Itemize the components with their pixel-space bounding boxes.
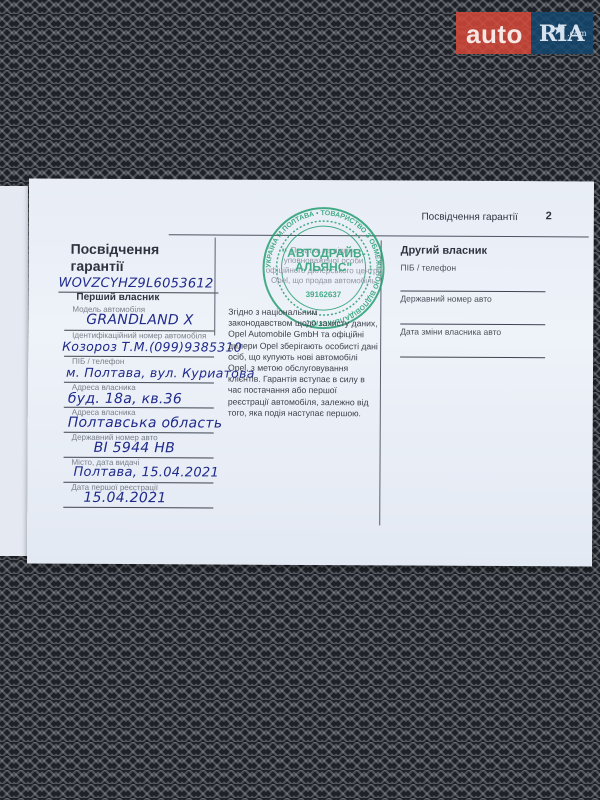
autoria-watermark: auto ★ RIA .com [456, 12, 593, 54]
title-line-2: гарантії [71, 258, 160, 275]
privacy-notice: Згідно з національним законодавством щод… [228, 307, 379, 420]
second-change-date-line [400, 356, 545, 358]
name-phone-value: Козороз Т.М.(099)9385310 [62, 339, 212, 355]
second-name-phone-label: ПІБ / телефон [401, 262, 457, 272]
running-head: Посвідчення гарантії [421, 212, 517, 224]
second-plate-label: Державний номер авто [400, 293, 491, 303]
first-owner-heading: Перший власник [76, 292, 226, 304]
title-line-1: Посвідчення [71, 241, 160, 258]
second-name-phone-line [400, 290, 545, 292]
second-owner-heading: Другий власник [401, 244, 488, 256]
address2-value: буд. 18а, кв.36 [68, 391, 218, 408]
page-number: 2 [546, 210, 552, 222]
warranty-booklet: Посвідчення гарантії 2 Посвідчення гаран… [27, 179, 594, 567]
second-plate-line [400, 323, 545, 325]
svg-text:39162637: 39162637 [306, 290, 342, 299]
underline [63, 507, 213, 509]
svg-text:АЛЬЯНС": АЛЬЯНС" [295, 260, 352, 274]
second-change-date-label: Дата зміни власника авто [400, 326, 501, 337]
plate-value: BI 5944 HB [94, 440, 244, 457]
watermark-ria: ★ RIA .com [531, 12, 593, 54]
region-value: Полтавська область [68, 415, 218, 432]
address1-value: м. Полтава, вул. Куриатова [66, 365, 216, 381]
watermark-suffix: .com [567, 12, 586, 56]
svg-text:"АВТОДРАЙВ-: "АВТОДРАЙВ- [281, 245, 365, 260]
issue-value: Полтава, 15.04.2021 [73, 465, 223, 481]
page-title: Посвідчення гарантії [71, 241, 160, 275]
star-icon: ★ [553, 8, 566, 52]
vin-handwritten: WOVZCYHZ9L6053612 [58, 276, 208, 292]
svg-text:Opel, що продав автомобіль: Opel, що продав автомобіль [271, 276, 376, 286]
left-page-edge [0, 186, 28, 556]
watermark-auto: auto [456, 12, 531, 54]
first-reg-value: 15.04.2021 [83, 490, 233, 507]
